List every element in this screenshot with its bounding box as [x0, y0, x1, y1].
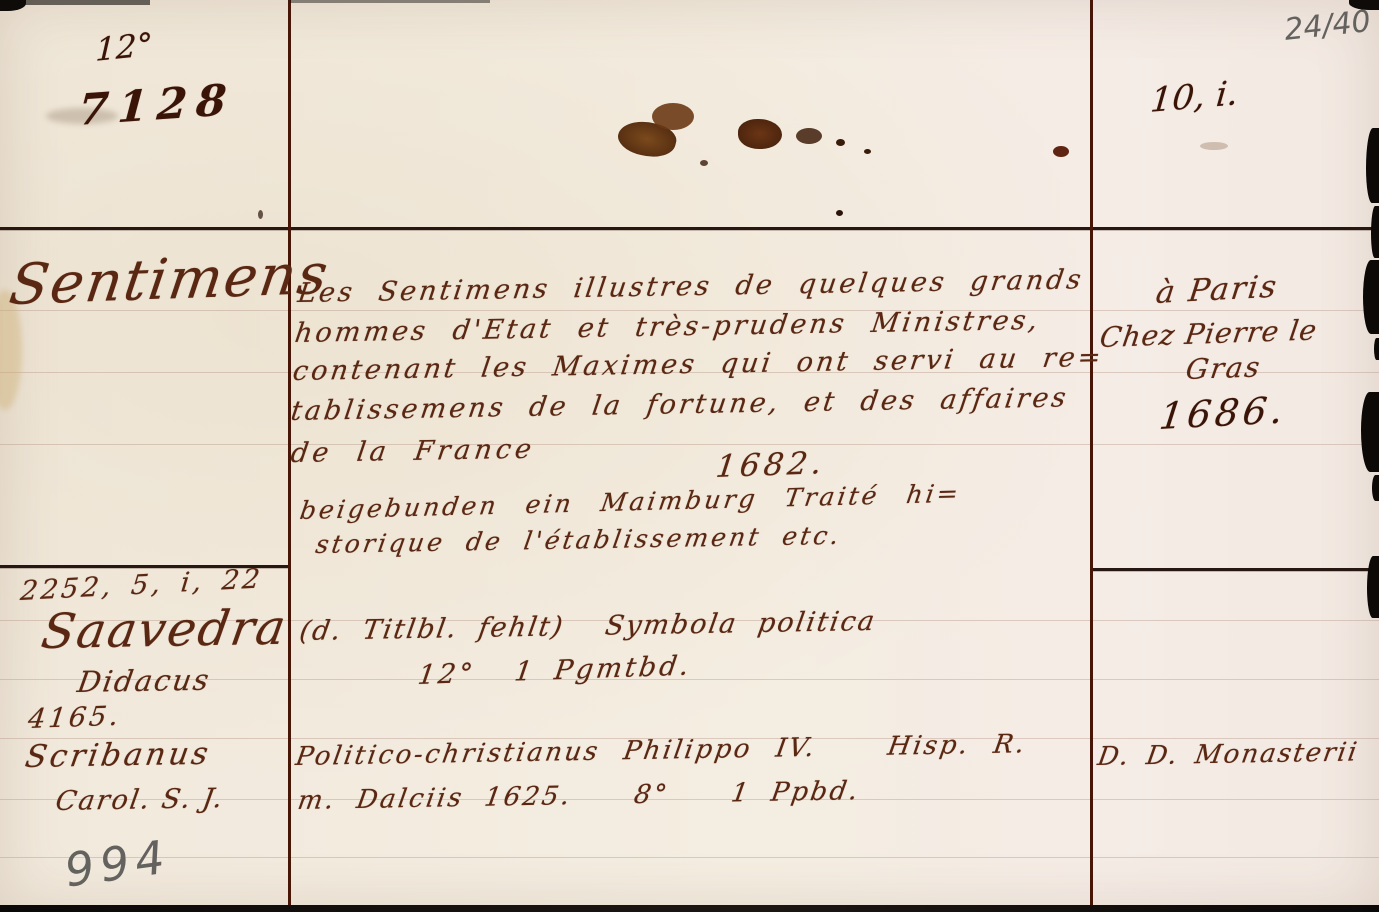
faint-rule	[0, 857, 1379, 858]
torn-edge-blob	[1367, 556, 1379, 618]
ink-stain	[796, 128, 822, 144]
price-mark: 10, i.	[1149, 76, 1240, 117]
author-detail-2: Carol. S. J.	[54, 785, 227, 815]
ink-stain	[738, 119, 782, 149]
torn-edge-blob	[1371, 206, 1379, 258]
imprint-publisher: Chez Pierre le	[1098, 316, 1319, 352]
horizontal-rule-top	[0, 227, 1379, 230]
ink-speck	[1053, 146, 1069, 157]
torn-edge-blob	[1361, 392, 1379, 472]
entry-heading: Sentimens	[6, 247, 333, 314]
author-surname-1: Saavedra	[38, 604, 290, 656]
imprint-publisher-2: Gras	[1184, 353, 1263, 384]
title-date: 1682.	[714, 448, 827, 483]
title-line: Les Sentimens illustres de quelques gran…	[296, 266, 1085, 307]
format-mark: 12°	[95, 28, 153, 66]
imprint-place: à Paris	[1154, 272, 1280, 309]
photo-edge-bottom	[0, 905, 1379, 912]
binding-note-line: storique de l'établissement etc.	[314, 523, 843, 557]
torn-edge-blob	[1374, 338, 1379, 360]
ink-stain	[652, 103, 694, 130]
ink-speck	[1200, 142, 1228, 150]
ink-speck	[836, 210, 843, 216]
ink-speck	[864, 149, 871, 154]
torn-corner-top-left	[0, 0, 26, 11]
shelf-numbers: 2252, 5, i, 22	[19, 565, 264, 605]
torn-edge-blob	[1363, 260, 1379, 334]
vertical-rule-right	[1090, 0, 1093, 912]
horizontal-rule-mid-right	[1090, 568, 1379, 571]
title-line: tablissemens de la fortune, et des affai…	[289, 384, 1070, 425]
torn-edge-blob	[1372, 475, 1379, 501]
shelfmark: 7128	[77, 79, 237, 133]
work2-imprint-place: D. D. Monasterii	[1096, 739, 1361, 770]
entry-number: 4165.	[27, 703, 123, 733]
pencil-accession-number: 994	[62, 833, 173, 893]
author-surname-2: Scribanus	[23, 739, 213, 773]
work1-title-line: (d. Titlbl. fehlt) Symbola politica	[298, 608, 878, 645]
binding-note-line: beigebunden ein Maimburg Traité hi=	[298, 481, 963, 523]
photo-edge-top	[290, 0, 490, 3]
catalog-card-scan: 12° 7128 24/40 10, i. Sentimens Les Sent…	[0, 0, 1379, 912]
ink-speck	[258, 210, 263, 219]
author-forename-1: Didacus	[75, 666, 212, 697]
pencil-folio-number: 24/40	[1283, 7, 1372, 46]
title-line: contenant les Maximes qui ont servi au r…	[291, 344, 1105, 385]
ink-speck	[700, 160, 708, 166]
torn-edge-blob	[1366, 128, 1379, 203]
title-line: de la France	[289, 436, 537, 467]
imprint-date: 1686.	[1157, 391, 1289, 435]
work1-collation-line: 12° 1 Pgmtbd.	[416, 653, 693, 689]
title-line: hommes d'Etat et très-prudens Ministres,	[293, 307, 1042, 347]
work2-collation-line: m. Dalciis 1625. 8° 1 Ppbd.	[296, 778, 862, 814]
faint-rule	[0, 444, 1379, 445]
ink-speck	[836, 139, 845, 146]
